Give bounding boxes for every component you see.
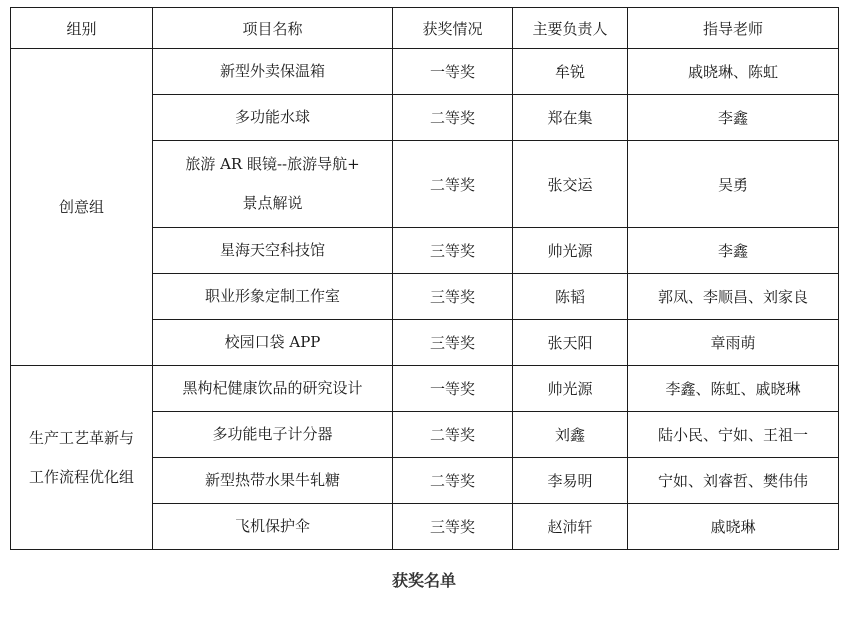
award-cell: 一等奖 <box>393 49 513 95</box>
award-cell: 二等奖 <box>393 458 513 504</box>
col-header-group: 组别 <box>11 8 153 49</box>
award-cell: 二等奖 <box>393 141 513 228</box>
project-cell: 旅游 AR 眼镜--旅游导航+ 景点解说 <box>153 141 393 228</box>
col-header-award: 获奖情况 <box>393 8 513 49</box>
table-caption: 获奖名单 <box>10 568 838 591</box>
award-cell: 三等奖 <box>393 274 513 320</box>
award-cell: 三等奖 <box>393 320 513 366</box>
awards-table: 组别 项目名称 获奖情况 主要负责人 指导老师 创意组 新型外卖保温箱 一等奖 … <box>10 7 839 550</box>
project-cell: 多功能电子计分器 <box>153 412 393 458</box>
project-cell: 多功能水球 <box>153 95 393 141</box>
teacher-cell: 戚晓琳、陈虹 <box>628 49 839 95</box>
award-cell: 一等奖 <box>393 366 513 412</box>
leader-cell: 张天阳 <box>513 320 628 366</box>
leader-cell: 刘鑫 <box>513 412 628 458</box>
document-page: 组别 项目名称 获奖情况 主要负责人 指导老师 创意组 新型外卖保温箱 一等奖 … <box>0 0 842 637</box>
leader-cell: 帅光源 <box>513 228 628 274</box>
table-row: 生产工艺革新与 工作流程优化组 黑枸杞健康饮品的研究设计 一等奖 帅光源 李鑫、… <box>11 366 839 412</box>
award-cell: 三等奖 <box>393 228 513 274</box>
teacher-cell: 郭凤、李顺昌、刘家良 <box>628 274 839 320</box>
leader-cell: 郑在集 <box>513 95 628 141</box>
col-header-project: 项目名称 <box>153 8 393 49</box>
award-cell: 二等奖 <box>393 95 513 141</box>
leader-cell: 帅光源 <box>513 366 628 412</box>
leader-cell: 牟锐 <box>513 49 628 95</box>
group-cell-creative: 创意组 <box>11 49 153 366</box>
award-cell: 三等奖 <box>393 504 513 550</box>
project-cell: 星海天空科技馆 <box>153 228 393 274</box>
award-cell: 二等奖 <box>393 412 513 458</box>
leader-cell: 张交运 <box>513 141 628 228</box>
teacher-cell: 陆小民、宁如、王祖一 <box>628 412 839 458</box>
teacher-cell: 李鑫 <box>628 95 839 141</box>
leader-cell: 赵沛轩 <box>513 504 628 550</box>
project-cell: 黑枸杞健康饮品的研究设计 <box>153 366 393 412</box>
leader-cell: 陈韬 <box>513 274 628 320</box>
teacher-cell: 章雨萌 <box>628 320 839 366</box>
col-header-leader: 主要负责人 <box>513 8 628 49</box>
teacher-cell: 李鑫、陈虹、戚晓琳 <box>628 366 839 412</box>
leader-cell: 李易明 <box>513 458 628 504</box>
teacher-cell: 李鑫 <box>628 228 839 274</box>
project-cell: 飞机保护伞 <box>153 504 393 550</box>
teacher-cell: 宁如、刘睿哲、樊伟伟 <box>628 458 839 504</box>
col-header-teacher: 指导老师 <box>628 8 839 49</box>
project-cell: 校园口袋 APP <box>153 320 393 366</box>
group-cell-production: 生产工艺革新与 工作流程优化组 <box>11 366 153 550</box>
project-cell: 职业形象定制工作室 <box>153 274 393 320</box>
table-header-row: 组别 项目名称 获奖情况 主要负责人 指导老师 <box>11 8 839 49</box>
table-row: 创意组 新型外卖保温箱 一等奖 牟锐 戚晓琳、陈虹 <box>11 49 839 95</box>
project-cell: 新型外卖保温箱 <box>153 49 393 95</box>
teacher-cell: 戚晓琳 <box>628 504 839 550</box>
teacher-cell: 吴勇 <box>628 141 839 228</box>
project-cell: 新型热带水果牛轧糖 <box>153 458 393 504</box>
